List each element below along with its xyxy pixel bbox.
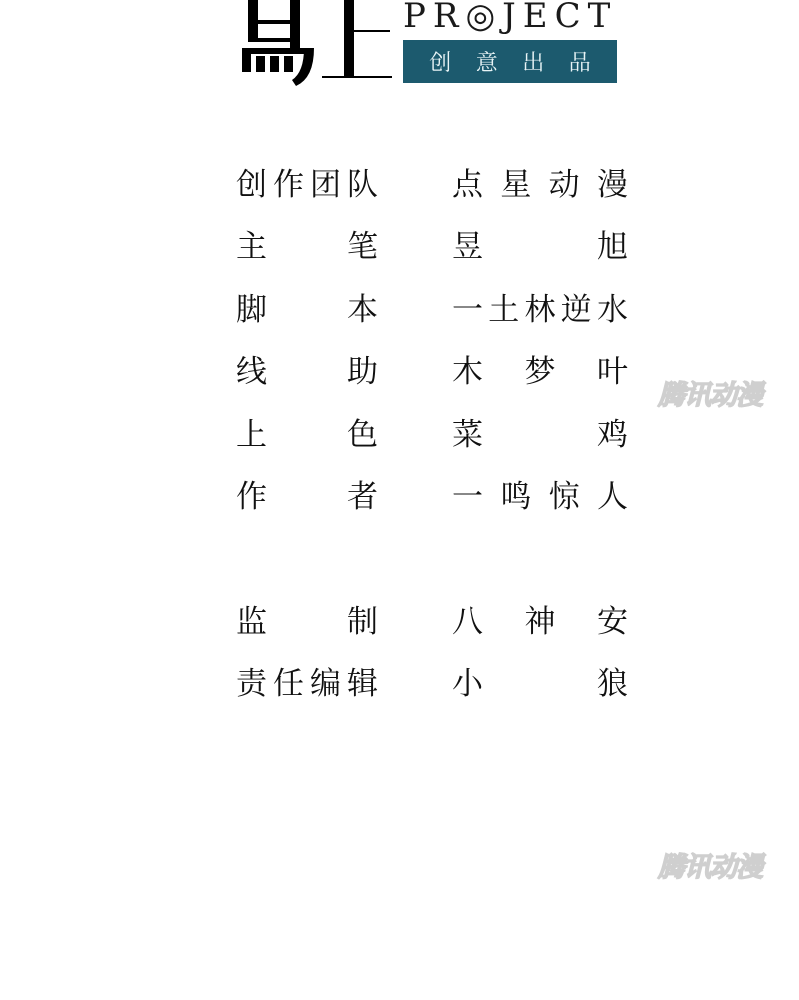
credit-row: 监制八神安: [236, 587, 628, 650]
credit-char: 任: [273, 658, 304, 703]
credit-char: 叶: [597, 346, 628, 391]
credit-char: 监: [236, 596, 267, 641]
credit-char: 鸣: [500, 471, 531, 516]
credit-char: 助: [347, 346, 378, 391]
credit-role: 主笔: [236, 221, 378, 266]
credit-char: 一: [452, 471, 483, 516]
credits-list: 创作团队点星动漫主笔昱旭脚本一土林逆水线助木梦叶上色菜鸡作者一鸣惊人监制八神安责…: [236, 150, 628, 712]
credit-char: 鸡: [597, 409, 628, 454]
watermark-tencent-comics: 腾讯动漫: [658, 373, 786, 409]
credit-row: 主笔昱旭: [236, 213, 628, 276]
credit-role: 线助: [236, 346, 378, 391]
credit-name: 昱旭: [452, 221, 628, 266]
credit-char: 主: [236, 221, 267, 266]
credit-char: 神: [525, 596, 556, 641]
credit-char: 昱: [452, 221, 483, 266]
credit-char: 土: [488, 284, 519, 329]
credit-char: 创: [236, 159, 267, 204]
credit-char: 责: [236, 658, 267, 703]
credit-row: 线助木梦叶: [236, 338, 628, 401]
credit-char: 本: [347, 284, 378, 329]
credit-char: 点: [452, 159, 483, 204]
credit-char: 动: [549, 159, 580, 204]
credit-char: 人: [597, 471, 628, 516]
credit-char: 作: [236, 471, 267, 516]
credit-char: 星: [500, 159, 531, 204]
credit-role: 作者: [236, 471, 378, 516]
watermark-tencent-comics: 腾讯动漫: [658, 845, 786, 881]
credit-row: 作者一鸣惊人: [236, 463, 628, 526]
credit-name: 八神安: [452, 596, 628, 641]
credit-char: 上: [236, 409, 267, 454]
credit-row: 脚本一土林逆水: [236, 275, 628, 338]
credit-name: 一鸣惊人: [452, 471, 628, 516]
credit-char: 编: [310, 658, 341, 703]
tagline-char: 意: [476, 46, 498, 77]
credit-char: 惊: [549, 471, 580, 516]
tagline-char: 出: [522, 46, 544, 77]
credit-name: 木梦叶: [452, 346, 628, 391]
credit-row: 上色菜鸡: [236, 400, 628, 463]
credit-char: 菜: [452, 409, 483, 454]
credit-char: 八: [452, 596, 483, 641]
credit-char: 制: [347, 596, 378, 641]
credit-name: 点星动漫: [452, 159, 628, 204]
credit-role: 责任编辑: [236, 658, 378, 703]
credit-name: 一土林逆水: [452, 284, 628, 329]
credit-char: 水: [597, 284, 628, 329]
credit-role: 创作团队: [236, 159, 378, 204]
tagline-banner: 创 意 出 品: [403, 40, 617, 83]
credit-char: 旭: [597, 221, 628, 266]
credit-name: 小狼: [452, 658, 628, 703]
credit-char: 漫: [597, 159, 628, 204]
credit-char: 者: [347, 471, 378, 516]
project-wordmark: PR◎JECT: [403, 0, 617, 36]
credit-row: 责任编辑小狼: [236, 650, 628, 713]
credit-role: 上色: [236, 409, 378, 454]
credit-char: 小: [452, 658, 483, 703]
credit-char: 辑: [347, 658, 378, 703]
island-project-logo: PR◎JECT 创 意 出 品: [238, 0, 623, 92]
credit-char: 木: [452, 346, 483, 391]
credit-name: 菜鸡: [452, 409, 628, 454]
island-logo-mark-icon: [238, 0, 393, 92]
tagline-char: 品: [569, 46, 591, 77]
credit-char: 逆: [561, 284, 592, 329]
credit-char: 脚: [236, 284, 267, 329]
credit-char: 狼: [597, 658, 628, 703]
credit-role: 监制: [236, 596, 378, 641]
credit-char: 林: [525, 284, 556, 329]
credit-char: 梦: [525, 346, 556, 391]
credit-char: 笔: [347, 221, 378, 266]
tagline-char: 创: [429, 46, 451, 77]
credit-char: 作: [273, 159, 304, 204]
credit-char: 一: [452, 284, 483, 329]
credit-char: 色: [347, 409, 378, 454]
credit-role: 脚本: [236, 284, 378, 329]
credit-row: 创作团队点星动漫: [236, 150, 628, 213]
credit-char: 队: [347, 159, 378, 204]
credit-char: 线: [236, 346, 267, 391]
credit-char: 安: [597, 596, 628, 641]
credit-char: 团: [310, 159, 341, 204]
